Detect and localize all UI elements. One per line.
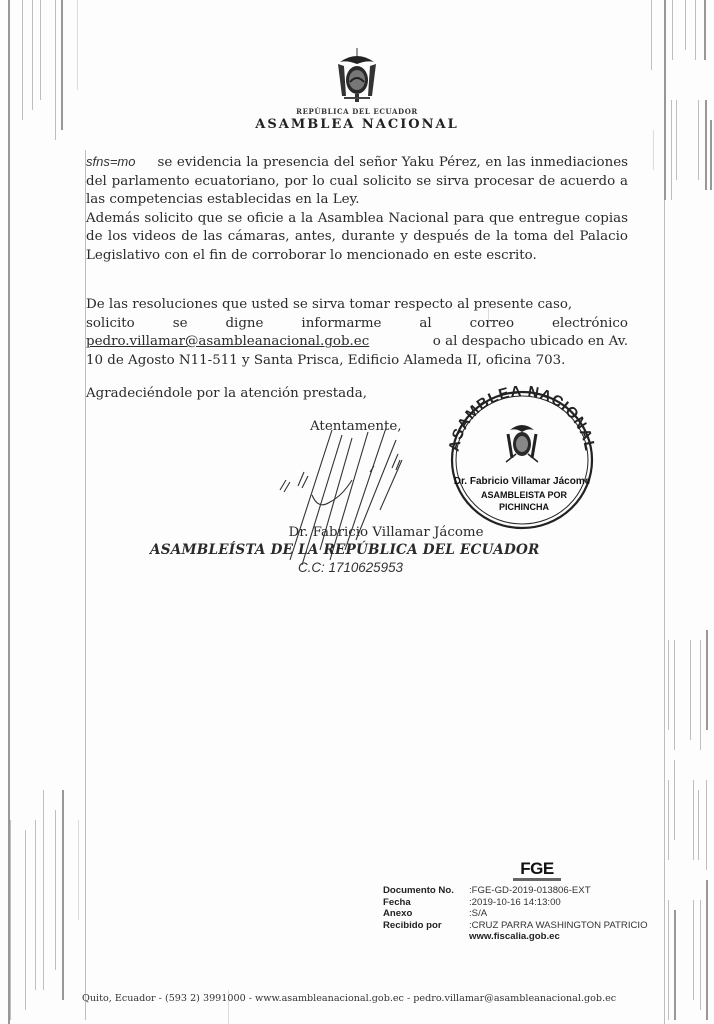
stamp-url: www.fiscalia.gob.ec [383, 931, 648, 943]
paragraph-request: sfns=mose evidencia la presencia del señ… [86, 153, 628, 266]
stamp-row: Recibido por:CRUZ PARRA WASHINGTON PATRI… [383, 920, 648, 932]
contact-line-2: solicitosedigneinformarmealcorreoelectró… [86, 315, 628, 334]
contact-line-3: o al despacho ubicado en Av. [433, 333, 628, 352]
letterhead-institution: ASAMBLEA NACIONAL [0, 117, 714, 132]
ecuador-coat-of-arms-icon [334, 48, 380, 106]
handwritten-annotation: sfns=mo [86, 154, 136, 169]
paragraph-text: se evidencia la presencia del señor Yaku… [86, 155, 628, 207]
svg-text:Dr. Fabricio Villamar Jácome: Dr. Fabricio Villamar Jácome [454, 476, 591, 487]
official-seal: ASAMBLEA NACIONAL Dr. Fabricio Villamar … [436, 380, 606, 530]
stamp-row: Documento No.:FGE-GD-2019-013806-EXT [383, 885, 648, 897]
signer-title: ASAMBLEÍSTA DE LA REPÚBLICA DEL ECUADOR [150, 542, 540, 558]
letterhead: REPÚBLICA DEL ECUADOR ASAMBLEA NACIONAL [0, 48, 714, 132]
paragraph-video-request: Además solicito que se oficie a la Asamb… [86, 210, 628, 266]
page-footer: Quito, Ecuador - (593 2) 3991000 - www.a… [82, 993, 616, 1004]
svg-text:PICHINCHA: PICHINCHA [499, 502, 550, 512]
signer-id: C.C: 1710625953 [298, 560, 403, 575]
stamp-details: Documento No.:FGE-GD-2019-013806-EXTFech… [383, 885, 648, 943]
signer-name: Dr. Fabricio Villamar Jácome [0, 525, 714, 540]
paragraph-contact: De las resoluciones que usted se sirva t… [86, 296, 628, 370]
svg-text:ASAMBLEISTA POR: ASAMBLEISTA POR [481, 490, 568, 500]
email-link[interactable]: pedro.villamar@asambleanacional.gob.ec [86, 333, 369, 352]
stamp-row: Anexo:S/A [383, 908, 648, 920]
letterhead-country: REPÚBLICA DEL ECUADOR [0, 107, 714, 116]
fge-logo: FGE [507, 860, 567, 881]
contact-line-1: De las resoluciones que usted se sirva t… [86, 296, 572, 315]
contact-line-4: 10 de Agosto N11-511 y Santa Prisca, Edi… [86, 352, 628, 371]
stamp-row: Fecha:2019-10-16 14:13:00 [383, 897, 648, 909]
